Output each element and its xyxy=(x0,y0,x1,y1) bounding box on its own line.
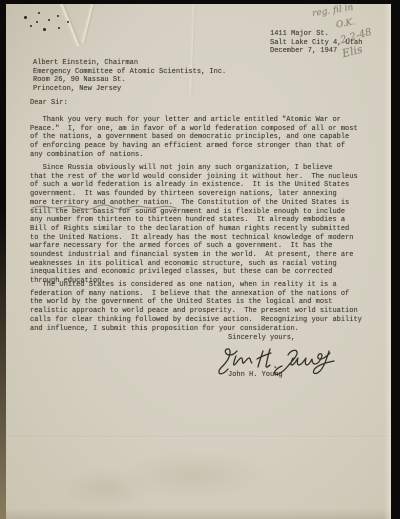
paper-speck xyxy=(48,19,50,21)
scan-edge-top xyxy=(0,0,400,4)
salutation: Dear Sir: xyxy=(30,99,68,108)
recipient-address-block: Albert Einstein, Chairman Emergency Comm… xyxy=(33,59,226,94)
scan-edge-left xyxy=(0,0,6,519)
pencil-underline-mark xyxy=(30,203,190,211)
scan-glare xyxy=(384,0,391,519)
body-paragraph-1: Thank you very much for your letter and … xyxy=(30,116,358,160)
paper-smudge xyxy=(60,468,150,508)
paper-speck xyxy=(30,25,32,27)
closing-line: Sincerely yours, xyxy=(228,334,295,343)
sender-address-block: 1411 Major St. Salt Lake City 4, Utah De… xyxy=(270,30,362,56)
paper-speck xyxy=(36,21,38,23)
scan-edge-right xyxy=(391,0,400,519)
letter-scan: reg. fil in O.K. 2-2-48 Elis 1411 Major … xyxy=(0,0,400,519)
paper-speck xyxy=(43,28,46,31)
paper-speck xyxy=(58,27,60,29)
body-paragraph-3: The United States is considered as one n… xyxy=(30,281,362,333)
paper-speck xyxy=(38,12,40,14)
horizontal-fold-line xyxy=(0,436,400,438)
handwritten-signature xyxy=(216,344,340,380)
paper-speck xyxy=(67,21,69,23)
body-paragraph-2: Since Russia obviously will not join any… xyxy=(30,164,358,286)
paper-speck xyxy=(57,15,59,17)
paper-speck xyxy=(24,16,27,19)
